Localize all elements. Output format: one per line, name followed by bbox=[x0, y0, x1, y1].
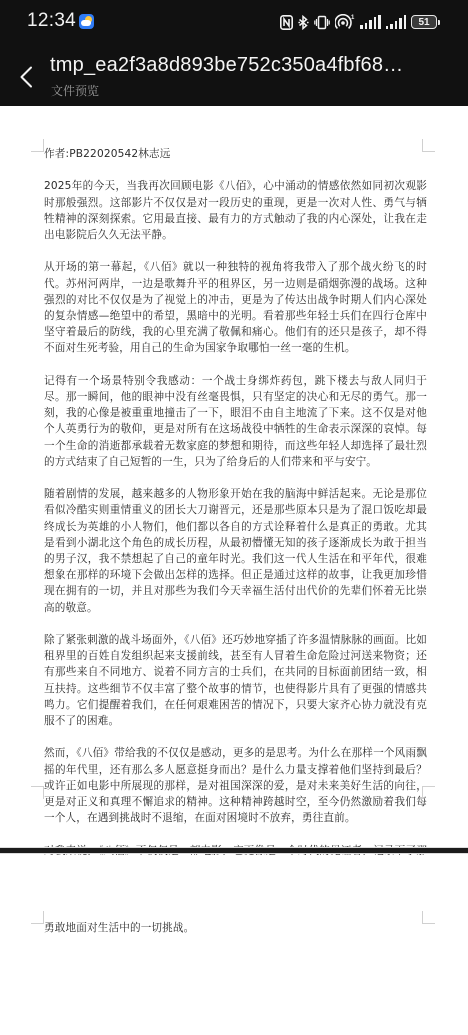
status-bar: 12:34 1 51 bbox=[0, 0, 468, 46]
paragraph: 从开场的第一幕起，《八佰》就以一种独特的视角将我带入了那个战火纷飞的时代。苏州河… bbox=[44, 259, 427, 356]
page-margin-mark bbox=[31, 139, 44, 152]
bluetooth-icon bbox=[298, 13, 309, 31]
nav-bar: tmp_ea2f3a8d893be752c350a4fbf68… 文件预览 bbox=[0, 46, 468, 106]
back-button[interactable] bbox=[12, 60, 40, 94]
document-viewer[interactable]: 作者:PB22020542林志远 2025年的今天，当我再次回顾电影《八佰》，心… bbox=[0, 106, 468, 1035]
nfc-icon bbox=[280, 13, 293, 31]
app-header: 12:34 1 51 bbox=[0, 0, 468, 106]
page-margin-mark bbox=[31, 786, 44, 799]
page-separator bbox=[0, 847, 468, 854]
signal-icon bbox=[386, 15, 407, 29]
vibrate-icon bbox=[314, 13, 330, 31]
status-time: 12:34 bbox=[27, 10, 76, 32]
paragraph: 然而，《八佰》带给我的不仅仅是感动，更多的是思考。为什么在那样一个风雨飘摇的年代… bbox=[44, 745, 427, 826]
paragraph: 勇敢地面对生活中的一切挑战。 bbox=[44, 920, 427, 936]
document-page-2: 勇敢地面对生活中的一切挑战。 bbox=[0, 855, 468, 1035]
weather-partly-cloudy-icon bbox=[79, 14, 94, 29]
paragraph: 除了紧张刺激的战斗场面外，《八佰》还巧妙地穿插了许多温情脉脉的画面。比如租界里的… bbox=[44, 632, 427, 729]
document-body: 作者:PB22020542林志远 2025年的今天，当我再次回顾电影《八佰》，心… bbox=[44, 146, 427, 924]
page-margin-mark bbox=[422, 786, 435, 799]
chevron-left-icon bbox=[19, 66, 33, 88]
page-margin-mark bbox=[31, 911, 44, 924]
battery-icon: 51 bbox=[411, 15, 440, 29]
author-line: 作者:PB22020542林志远 bbox=[44, 146, 427, 162]
svg-text:1: 1 bbox=[351, 15, 355, 21]
paragraph: 2025年的今天，当我再次回顾电影《八佰》，心中涌动的情感依然如同初次观影时那般… bbox=[44, 178, 427, 243]
file-preview-subtitle: 文件预览 bbox=[51, 82, 99, 99]
hotspot-icon: 1 bbox=[335, 13, 355, 31]
document-body: 勇敢地面对生活中的一切挑战。 bbox=[44, 920, 427, 952]
signal-icon bbox=[360, 15, 381, 29]
paragraph: 随着剧情的发展，越来越多的人物形象开始在我的脑海中鲜活起来。无论是那位看似冷酷实… bbox=[44, 486, 427, 616]
status-icons: 1 51 bbox=[280, 13, 440, 31]
paragraph: 记得有一个场景特别令我感动：一个战士身绑炸药包，跳下楼去与敌人同归于尽。那一瞬间… bbox=[44, 373, 427, 470]
battery-level: 51 bbox=[411, 15, 437, 29]
file-title: tmp_ea2f3a8d893be752c350a4fbf68… bbox=[50, 54, 403, 77]
document-page-1: 作者:PB22020542林志远 2025年的今天，当我再次回顾电影《八佰》，心… bbox=[0, 106, 468, 844]
